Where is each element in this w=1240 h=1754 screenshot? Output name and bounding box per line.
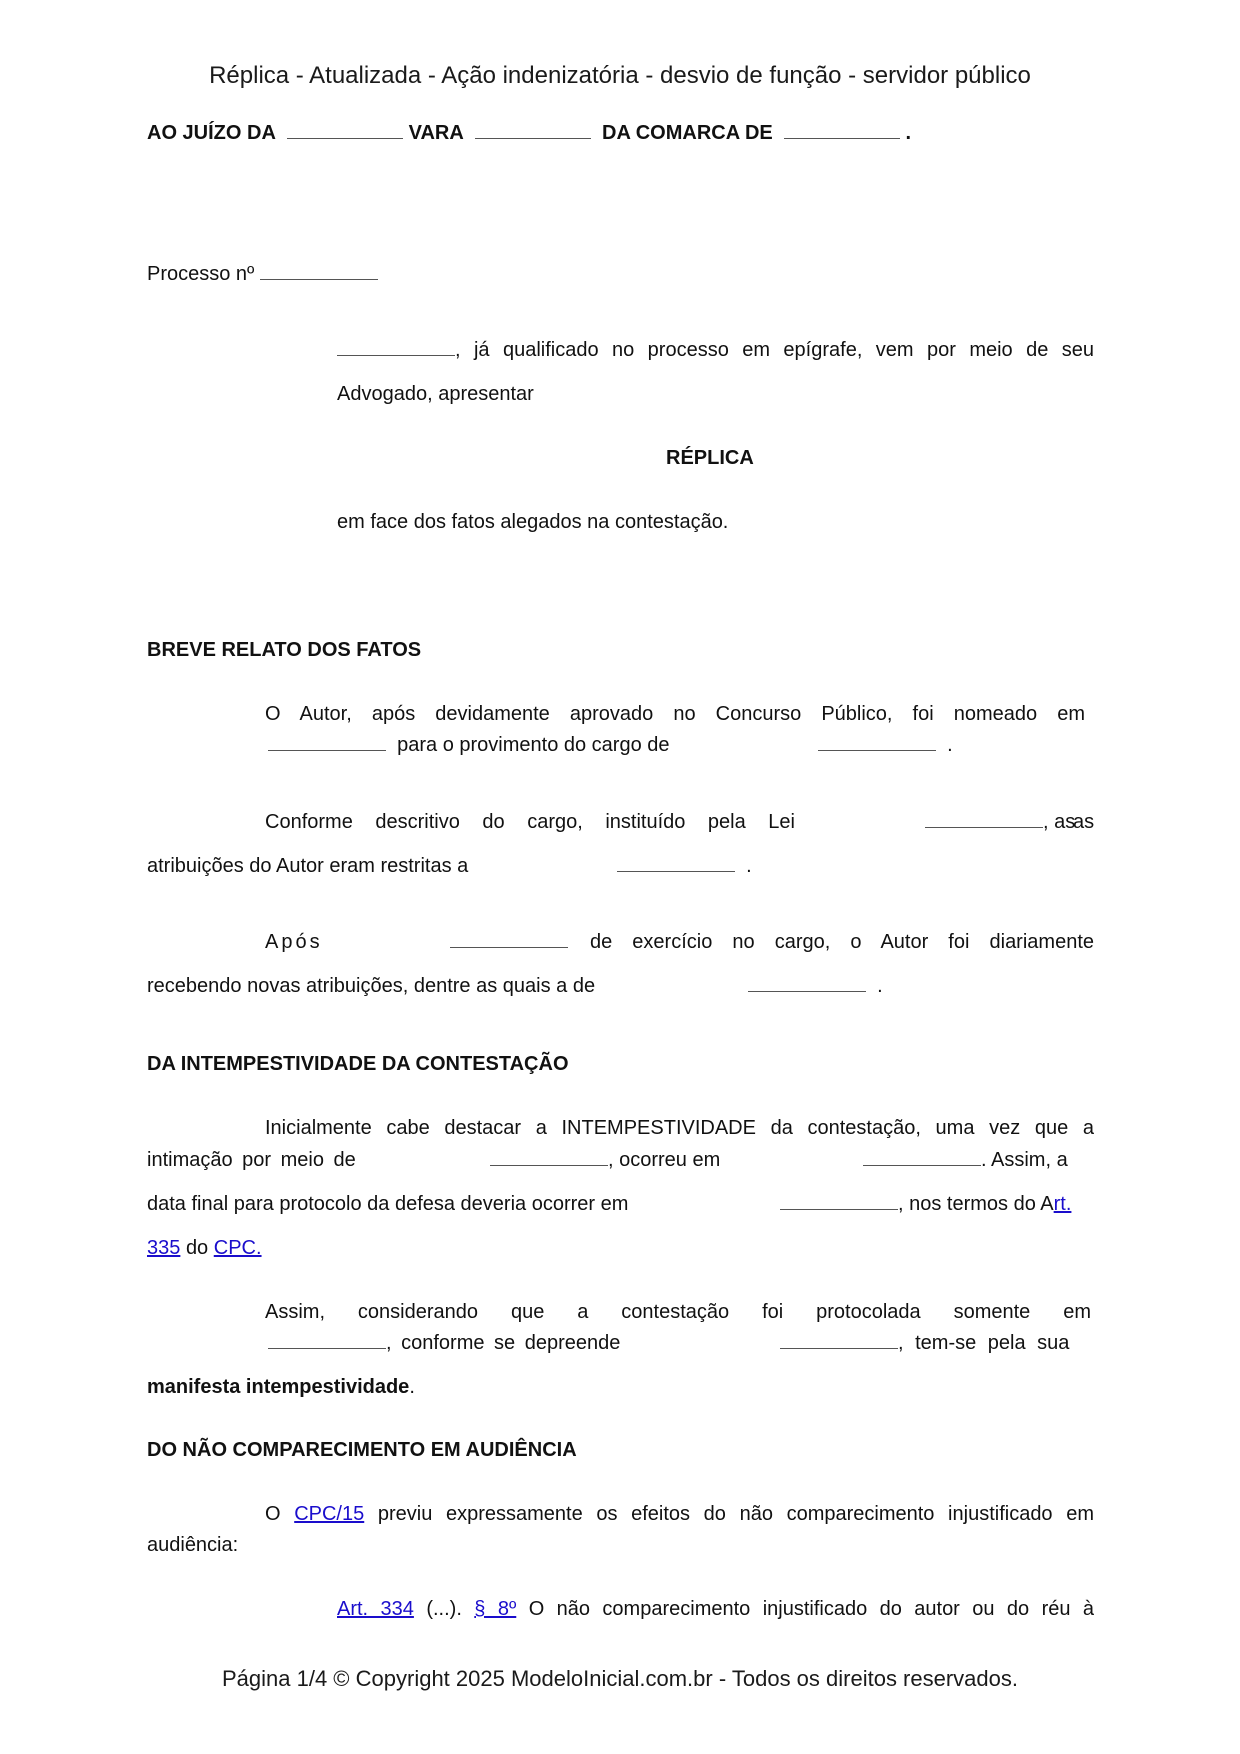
text: , as — [1043, 811, 1075, 833]
section-heading-audiencia: DO NÃO COMPARECIMENTO EM AUDIÊNCIA — [147, 1438, 577, 1462]
intemp-p2-line2b: , tem-se pela sua — [780, 1331, 1069, 1355]
fatos-p2-line2: atribuições do Autor eram restritas a — [147, 854, 468, 878]
audiencia-quote: Art. 334 (...). § 8º O não compareciment… — [337, 1597, 1094, 1621]
address-prefix: AO JUÍZO DA — [147, 122, 276, 144]
fatos-p3-blank — [450, 930, 568, 954]
blank-field[interactable] — [475, 122, 591, 139]
blank-field[interactable] — [450, 931, 568, 948]
intro-line-3: em face dos fatos alegados na contestaçã… — [337, 510, 728, 534]
fatos-p1-line2: para o provimento do cargo de — [268, 733, 670, 757]
document-title: Réplica - Atualizada - Ação indenizatóri… — [0, 62, 1240, 90]
punctuation: . — [947, 734, 953, 756]
intro-text: , já qualificado no processo em epígrafe… — [455, 339, 1094, 361]
text: O não comparecimento injustificado do au… — [529, 1598, 1094, 1620]
page-footer: Página 1/4 © Copyright 2025 ModeloInicia… — [0, 1666, 1240, 1692]
text: , nos termos do A — [898, 1193, 1054, 1215]
address-vara: VARA — [409, 122, 464, 144]
fatos-p3-end: . — [748, 974, 883, 998]
blank-field[interactable] — [617, 855, 735, 872]
audiencia-p1-line1: O CPC/15 previu expressamente os efeitos… — [265, 1502, 1094, 1526]
text: do — [186, 1237, 208, 1259]
intemp-p1-line2b: , ocorreu em — [490, 1148, 720, 1172]
text: previu expressamente os efeitos do não c… — [378, 1503, 1094, 1525]
process-number: Processo nº — [147, 262, 378, 286]
link-paragraph-8[interactable]: § 8º — [474, 1598, 516, 1620]
section-heading-intempestividade: DA INTEMPESTIVIDADE DA CONTESTAÇÃO — [147, 1052, 569, 1076]
blank-field[interactable] — [287, 122, 403, 139]
fatos-p1-line1: O Autor, após devidamente aprovado no Co… — [265, 702, 1085, 726]
link-art-335-number[interactable]: 335 — [147, 1237, 180, 1259]
intemp-p1-line1: Inicialmente cabe destacar a INTEMPESTIV… — [265, 1116, 1094, 1140]
fatos-p2-line1-end: , as — [925, 810, 1075, 834]
petition-title: RÉPLICA — [666, 446, 754, 470]
blank-field[interactable] — [784, 122, 900, 139]
punctuation: . — [905, 122, 911, 144]
text: , tem-se pela sua — [898, 1332, 1069, 1354]
blank-field[interactable] — [818, 734, 936, 751]
emphasis-text: manifesta intempestividade — [147, 1376, 409, 1398]
fatos-p3-line2: recebendo novas atribuições, dentre as q… — [147, 974, 595, 998]
blank-field[interactable] — [780, 1193, 898, 1210]
blank-field[interactable] — [260, 263, 378, 280]
link-cpc[interactable]: CPC. — [214, 1237, 262, 1259]
text: as — [1073, 810, 1094, 834]
text: (...). — [426, 1598, 462, 1620]
blank-field[interactable] — [268, 1332, 386, 1349]
text: . Assim, a — [981, 1149, 1068, 1171]
intemp-p1-line4: 335 do CPC. — [147, 1236, 262, 1260]
blank-field[interactable] — [268, 734, 386, 751]
intemp-p1-line2c: . Assim, a — [863, 1148, 1068, 1172]
blank-field[interactable] — [490, 1149, 608, 1166]
blank-field[interactable] — [863, 1149, 981, 1166]
process-label: Processo nº — [147, 263, 254, 285]
punctuation: . — [409, 1376, 415, 1398]
punctuation: . — [877, 975, 883, 997]
blank-field[interactable] — [337, 339, 455, 356]
link-cpc15[interactable]: CPC/15 — [294, 1503, 364, 1525]
fatos-p3-start: Após — [265, 930, 323, 954]
fatos-p1-end: . — [818, 733, 953, 757]
intemp-p2-line1: Assim, considerando que a contestação fo… — [265, 1300, 1091, 1324]
audiencia-p1-line2: audiência: — [147, 1533, 238, 1557]
text: para o provimento do cargo de — [397, 734, 669, 756]
fatos-p2-end: . — [617, 854, 752, 878]
blank-field[interactable] — [925, 811, 1043, 828]
blank-field[interactable] — [748, 975, 866, 992]
intro-line-1: , já qualificado no processo em epígrafe… — [337, 338, 1094, 362]
intemp-p2-line2a: , conforme se depreende — [268, 1331, 620, 1355]
fatos-p2-line1: Conforme descritivo do cargo, instituído… — [265, 810, 795, 834]
blank-field[interactable] — [780, 1332, 898, 1349]
section-heading-fatos: BREVE RELATO DOS FATOS — [147, 638, 421, 662]
fatos-p3-line1: de exercício no cargo, o Autor foi diari… — [590, 930, 1094, 954]
punctuation: . — [746, 855, 752, 877]
link-art-335[interactable]: rt. — [1054, 1193, 1072, 1215]
text: , conforme se depreende — [386, 1332, 620, 1354]
intro-line-2: Advogado, apresentar — [337, 382, 534, 406]
intemp-p2-line3: manifesta intempestividade. — [147, 1375, 415, 1399]
intemp-p1-line3b: , nos termos do Art. — [780, 1192, 1071, 1216]
address-comarca: DA COMARCA DE — [602, 122, 773, 144]
link-art-334[interactable]: Art. 334 — [337, 1598, 414, 1620]
intemp-p1-line2a: intimação por meio de — [147, 1148, 356, 1172]
text: O — [265, 1503, 281, 1525]
intemp-p1-line3a: data final para protocolo da defesa deve… — [147, 1192, 628, 1216]
text: , ocorreu em — [608, 1149, 720, 1171]
court-address: AO JUÍZO DA VARA DA COMARCA DE . — [147, 121, 911, 145]
